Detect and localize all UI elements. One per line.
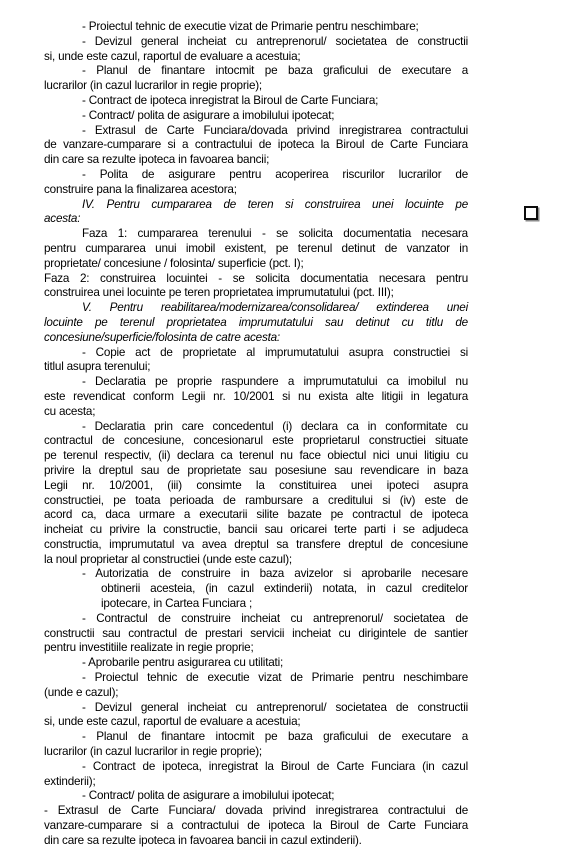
text-line: - Extrasul de Carte Funciara/ dovada pri…: [44, 804, 468, 819]
text-line: constructii sau contractul de prestari s…: [44, 627, 468, 642]
paragraph: - Autorizatia de construire in baza aviz…: [44, 567, 468, 611]
text-line: - Contract de ipoteca inregistrat la Bir…: [44, 94, 468, 109]
text-line: - Aprobarile pentru asigurarea cu utilit…: [44, 656, 468, 671]
paragraph: V. Pentru reabilitarea/modernizarea/cons…: [44, 301, 468, 345]
paragraph: - Proiectul tehnic de executie vizat de …: [44, 20, 468, 35]
text-line: lucrarilor (in cazul lucrarilor in regie…: [44, 745, 468, 760]
paragraph: Faza 2: construirea locuintei - se solic…: [44, 272, 468, 302]
paragraph: - Contract/ polita de asigurare a imobil…: [44, 109, 468, 124]
paragraph: - Declaratia prin care concedentul (i) d…: [44, 420, 468, 568]
text-line: lucrarilor (in cazul lucrarilor in regie…: [44, 79, 468, 94]
paragraph: IV. Pentru cumpararea de teren si constr…: [44, 198, 468, 228]
text-line: din care sa rezulte ipoteca in favoarea …: [44, 153, 468, 168]
paragraph: - Planul de finantare intocmit pe baza g…: [44, 730, 468, 760]
paragraph: - Planul de finantare intocmit pe baza g…: [44, 64, 468, 94]
paragraph: - Proiectul tehnic de executie vizat de …: [44, 671, 468, 701]
text-line: - Copie act de proprietate al imprumutat…: [44, 346, 468, 361]
text-line: V. Pentru reabilitarea/modernizarea/cons…: [44, 301, 468, 316]
text-line: este revendicat conform Legii nr. 10/200…: [44, 390, 468, 405]
paragraph: - Contract de ipoteca, inregistrat la Bi…: [44, 760, 468, 790]
text-line: - Contract/ polita de asigurare a imobil…: [44, 109, 468, 124]
text-line: pentru investitiile realizate in regie p…: [44, 641, 468, 656]
text-line: pentru cumpararea unui imobil existent, …: [44, 242, 468, 257]
text-line: acesta:: [44, 212, 468, 227]
text-line: acord ca, daca urmare a executarii silit…: [44, 508, 468, 523]
text-line: - Contract/ polita de asigurare a imobil…: [44, 789, 468, 804]
text-line: IV. Pentru cumpararea de teren si constr…: [44, 198, 468, 213]
text-line: - Planul de finantare intocmit pe baza g…: [44, 64, 468, 79]
paragraph: - Copie act de proprietate al imprumutat…: [44, 346, 468, 376]
text-line: constructiei, pe toata perioada de rambu…: [44, 494, 468, 509]
text-line: privire la dreptul sau de proprietate sa…: [44, 464, 468, 479]
text-line: construire pana la finalizarea acestora;: [44, 183, 468, 198]
text-line: - Autorizatia de construire in baza aviz…: [44, 567, 468, 582]
text-line: - Extrasul de Carte Funciara/dovada priv…: [44, 124, 468, 139]
document-body: - Proiectul tehnic de executie vizat de …: [44, 20, 468, 849]
text-line: de vanzare-cumparare si a contractului d…: [44, 138, 468, 153]
text-line: la noul proprietar al constructiei (unde…: [44, 553, 468, 568]
text-line: - Proiectul tehnic de executie vizat de …: [44, 671, 468, 686]
paragraph: - Contract/ polita de asigurare a imobil…: [44, 789, 468, 804]
text-line: - Devizul general incheiat cu antrepreno…: [44, 701, 468, 716]
text-line: construirea unei locuinte pe teren propr…: [44, 286, 468, 301]
paragraph: - Polita de asigurare pentru acoperirea …: [44, 168, 468, 198]
paragraph: - Extrasul de Carte Funciara/ dovada pri…: [44, 804, 468, 848]
text-line: - Declaratia prin care concedentul (i) d…: [44, 420, 468, 435]
paragraph: - Extrasul de Carte Funciara/dovada priv…: [44, 124, 468, 168]
text-line: - Contractul de construire incheiat cu a…: [44, 612, 468, 627]
text-line: - Declaratia pe proprie raspundere a imp…: [44, 375, 468, 390]
text-line: pe terenul respectiv, (ii) declara ca te…: [44, 449, 468, 464]
paragraph: Faza 1: cumpararea terenului - se solici…: [44, 227, 468, 271]
text-line: contractul de concesiune, concesionarul …: [44, 434, 468, 449]
paragraph: - Aprobarile pentru asigurarea cu utilit…: [44, 656, 468, 671]
text-line: - Planul de finantare intocmit pe baza g…: [44, 730, 468, 745]
text-line: - Devizul general incheiat cu antrepreno…: [44, 35, 468, 50]
paragraph: - Devizul general incheiat cu antrepreno…: [44, 701, 468, 731]
text-line: si, unde este cazul, raportul de evaluar…: [44, 50, 468, 65]
paragraph: - Contractul de construire incheiat cu a…: [44, 612, 468, 656]
text-line: vanzare-cumparare si a contractului de i…: [44, 819, 468, 834]
text-line: proprietate/ concesiune / folosinta/ sup…: [44, 257, 468, 272]
paragraph: - Declaratia pe proprie raspundere a imp…: [44, 375, 468, 419]
text-line: ipotecare, in Cartea Funciara ;: [44, 597, 468, 612]
text-line: concesiune/superficie/folosinta de catre…: [44, 331, 468, 346]
text-line: cu acesta;: [44, 405, 468, 420]
text-line: extinderii);: [44, 775, 468, 790]
text-line: Legii nr. 10/2001, (iii) consimte la con…: [44, 479, 468, 494]
text-line: locuinte pe terenul proprietatea imprumu…: [44, 316, 468, 331]
text-line: - Contract de ipoteca, inregistrat la Bi…: [44, 760, 468, 775]
paragraph: - Contract de ipoteca inregistrat la Bir…: [44, 94, 468, 109]
text-line: din care sa rezulte ipoteca in favoarea …: [44, 834, 468, 849]
text-line: - Polita de asigurare pentru acoperirea …: [44, 168, 468, 183]
text-line: (unde e cazul);: [44, 686, 468, 701]
text-line: constructia, imprumutatul va avea dreptu…: [44, 538, 468, 553]
checkbox-field[interactable]: [524, 206, 538, 220]
text-line: titlul asupra terenului;: [44, 360, 468, 375]
text-line: Faza 2: construirea locuintei - se solic…: [44, 272, 468, 287]
text-line: obtinerii acesteia, (in cazul extinderii…: [44, 582, 468, 597]
text-line: si, unde este cazul, raportul de evaluar…: [44, 715, 468, 730]
text-line: Faza 1: cumpararea terenului - se solici…: [44, 227, 468, 242]
paragraph: - Devizul general incheiat cu antrepreno…: [44, 35, 468, 65]
text-line: incheiat cu privire la constructie, banc…: [44, 523, 468, 538]
text-line: - Proiectul tehnic de executie vizat de …: [44, 20, 468, 35]
